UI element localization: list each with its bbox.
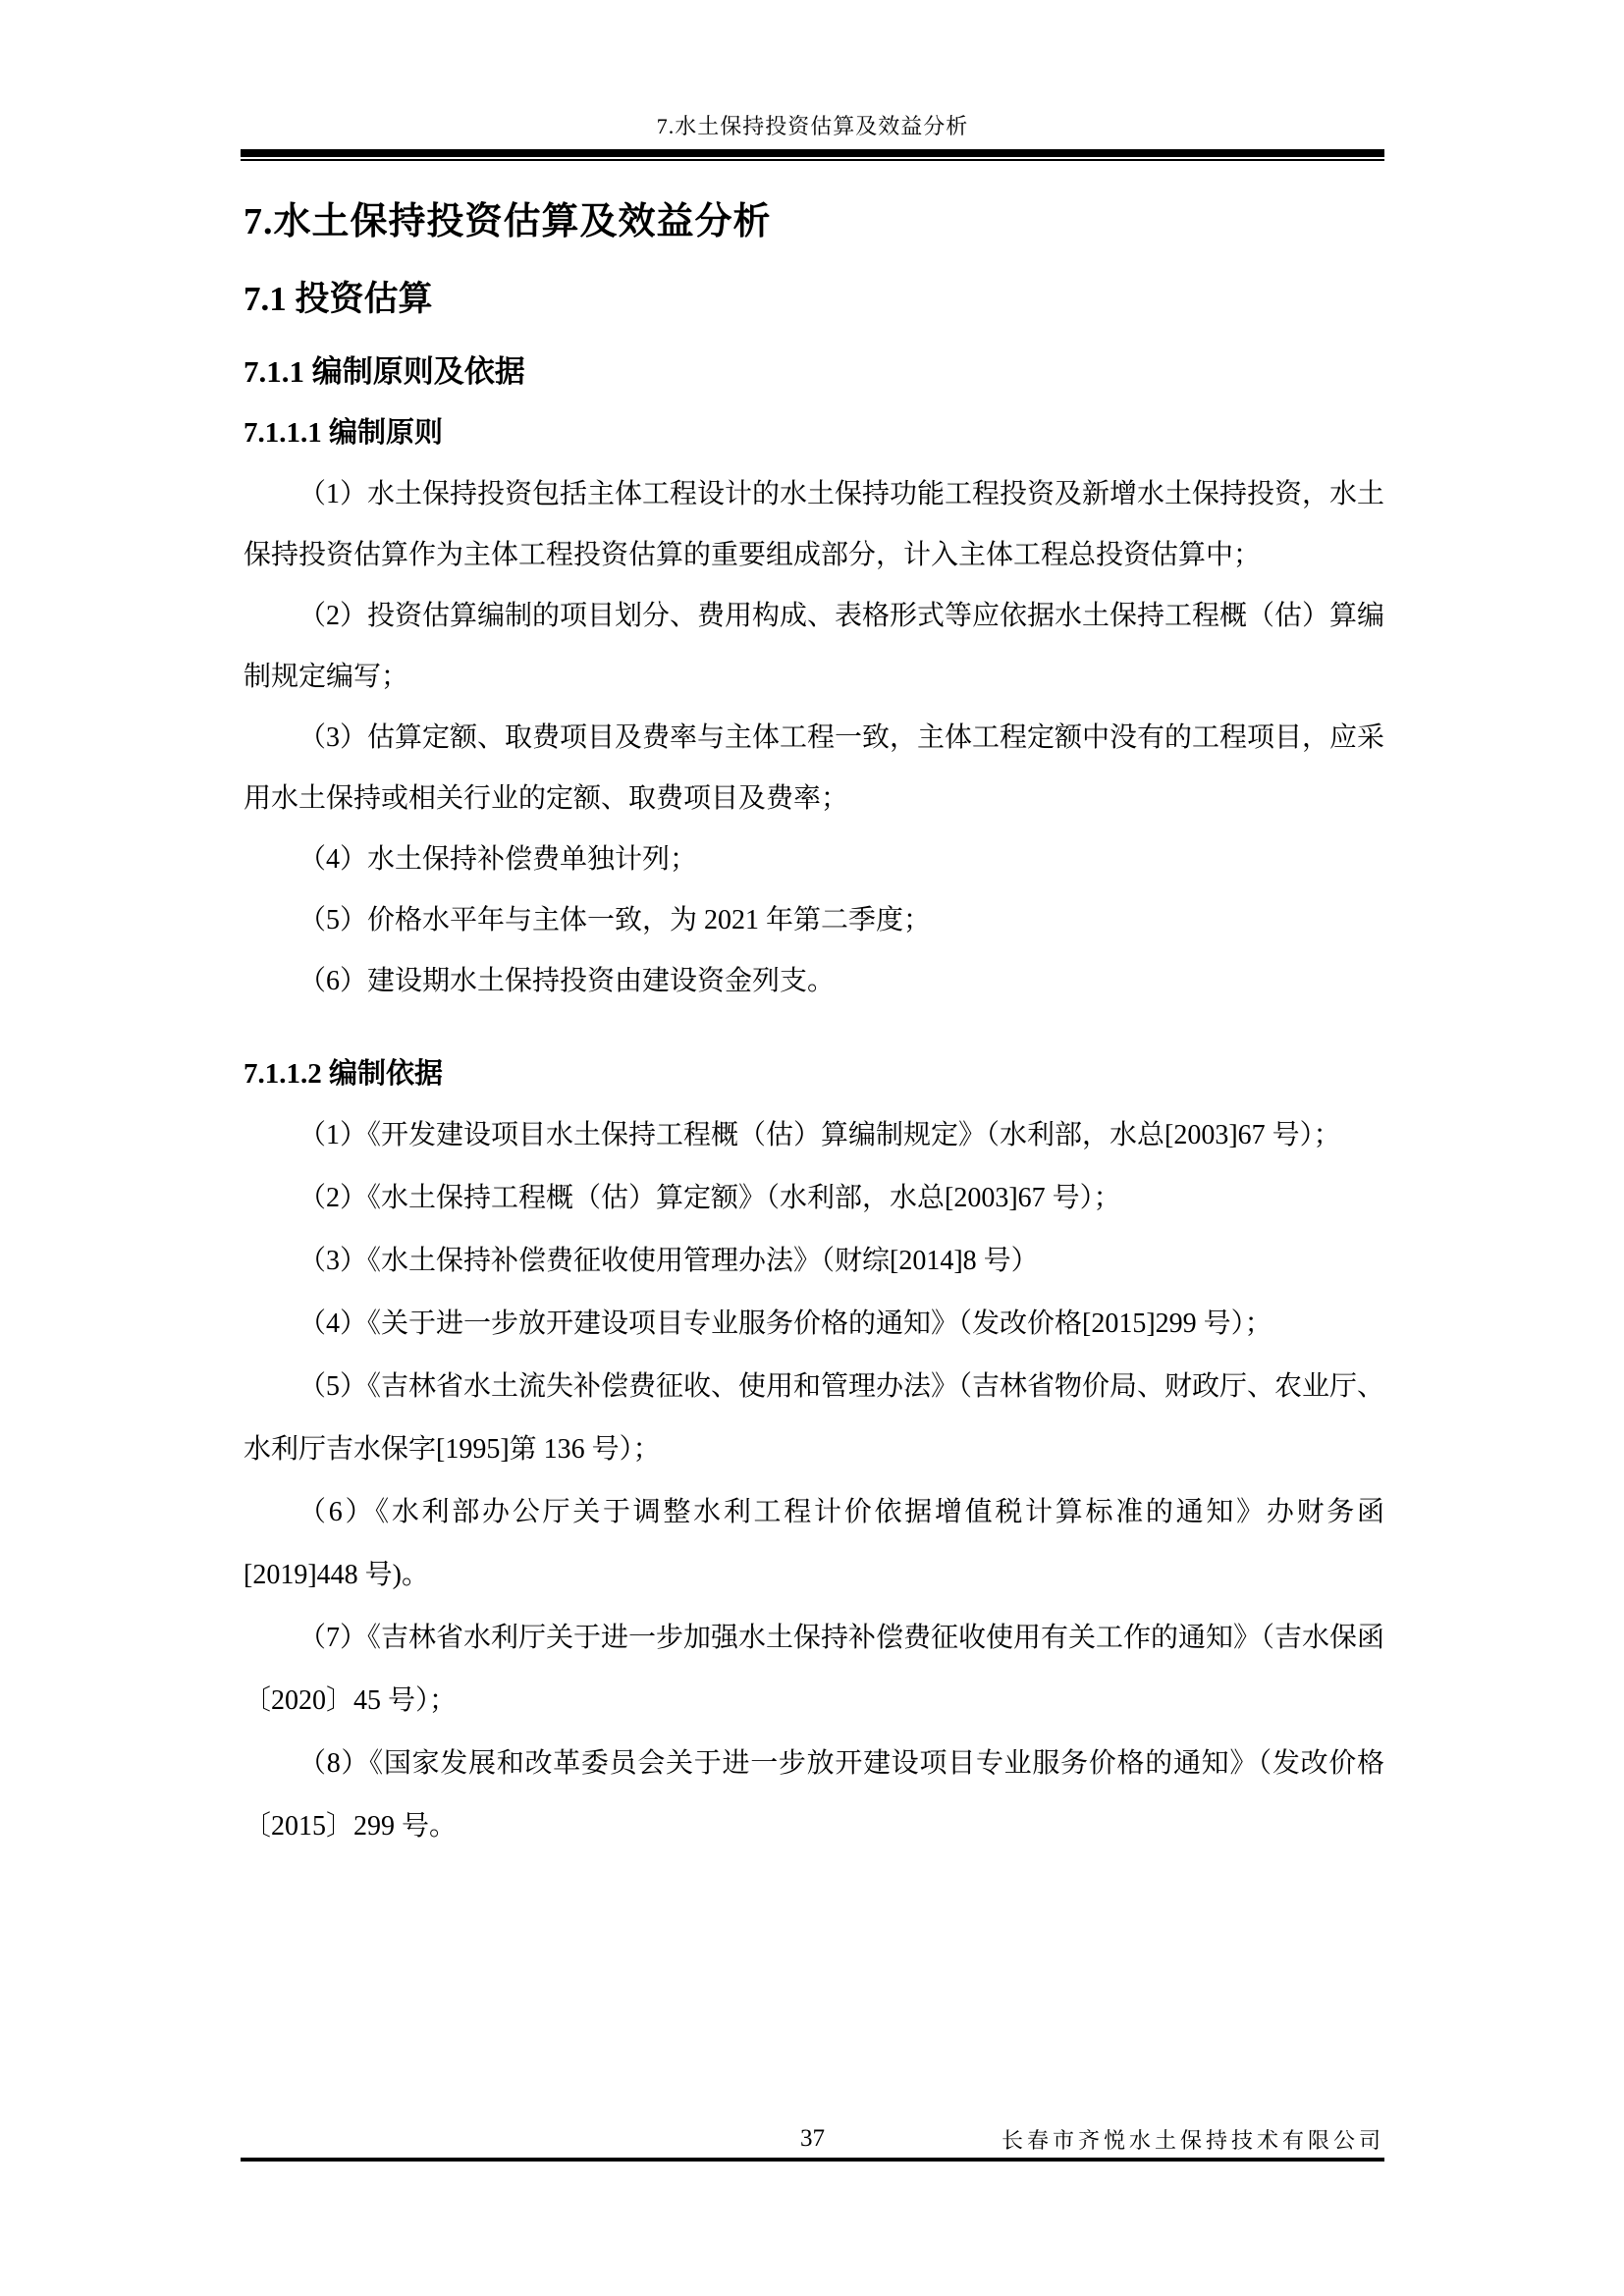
reference-item: （6）《水利部办公厅关于调整水利工程计价依据增值税计算标准的通知》办财务函[20… (244, 1481, 1384, 1607)
reference-item: （1）《开发建设项目水土保持工程概（估）算编制规定》（水利部，水总[2003]6… (244, 1104, 1384, 1167)
reference-item: （2）《水土保持工程概（估）算定额》（水利部，水总[2003]67 号）； (244, 1167, 1384, 1230)
subsubsection-heading-7-1-1-2: 7.1.1.2 编制依据 (244, 1056, 1384, 1092)
page-footer: 37 长春市齐悦水土保持技术有限公司 (241, 2124, 1384, 2154)
document-page: 7.水土保持投资估算及效益分析 7.水土保持投资估算及效益分析 7.1 投资估算… (0, 0, 1624, 2296)
footer-rule (241, 2158, 1384, 2162)
reference-item: （3）《水土保持补偿费征收使用管理办法》（财综[2014]8 号） (244, 1230, 1384, 1293)
principle-item: （4）水土保持补偿费单独计列； (244, 829, 1384, 890)
subsubsection-heading-7-1-1-1: 7.1.1.1 编制原则 (244, 415, 1384, 451)
reference-item: （7）《吉林省水利厅关于进一步加强水土保持补偿费征收使用有关工作的通知》（吉水保… (244, 1607, 1384, 1733)
header-rule (241, 149, 1384, 161)
reference-item: （8）《国家发展和改革委员会关于进一步放开建设项目专业服务价格的通知》（发改价格… (244, 1733, 1384, 1858)
principle-item: （3）估算定额、取费项目及费率与主体工程一致，主体工程定额中没有的工程项目，应采… (244, 708, 1384, 829)
document-body: 7.水土保持投资估算及效益分析 7.1 投资估算 7.1.1 编制原则及依据 7… (244, 187, 1384, 1858)
reference-item: （5）《吉林省水土流失补偿费征收、使用和管理办法》（吉林省物价局、财政厅、农业厅… (244, 1356, 1384, 1481)
principle-item: （1）水土保持投资包括主体工程设计的水土保持功能工程投资及新增水土保持投资，水土… (244, 464, 1384, 586)
running-header: 7.水土保持投资估算及效益分析 (241, 114, 1384, 139)
footer-company-name: 长春市齐悦水土保持技术有限公司 (1001, 2128, 1384, 2154)
subsection-heading-7-1-1: 7.1.1 编制原则及依据 (244, 352, 1384, 392)
principle-item: （6）建设期水土保持投资由建设资金列支。 (244, 951, 1384, 1012)
reference-item: （4）《关于进一步放开建设项目专业服务价格的通知》（发改价格[2015]299 … (244, 1293, 1384, 1356)
principle-item: （2）投资估算编制的项目划分、费用构成、表格形式等应依据水土保持工程概（估）算编… (244, 586, 1384, 708)
principle-item: （5）价格水平年与主体一致，为 2021 年第二季度； (244, 890, 1384, 951)
chapter-title: 7.水土保持投资估算及效益分析 (244, 198, 1384, 245)
section-heading-7-1: 7.1 投资估算 (244, 278, 1384, 321)
page-number: 37 (800, 2125, 825, 2152)
